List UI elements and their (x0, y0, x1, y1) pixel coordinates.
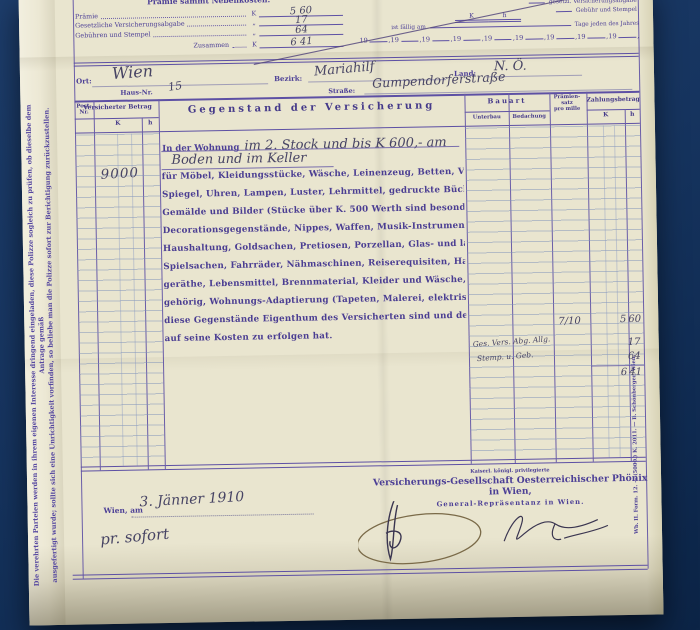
header-bedachung: Bedachung (509, 113, 550, 120)
insured-sum: 9000 (100, 165, 139, 183)
hausnr-value: 15 (167, 79, 183, 94)
header-unterbau: Unterbau (465, 114, 509, 121)
amount2-h: 17 (628, 337, 642, 348)
amount1-k: 5 (608, 314, 626, 325)
place-prefix: Wien, am (103, 505, 143, 515)
policy-document: Die verehrten Parteien werden in ihrem e… (19, 0, 664, 625)
description-paragraph: für Möbel, Kleidungsstücke, Wäsche, Lein… (162, 167, 467, 352)
header-betrag: Versicherter Betrag (76, 103, 158, 111)
header-zahlung-k: K (587, 111, 625, 119)
signature-left (385, 497, 401, 559)
photo-background: Die verehrten Parteien werden in ihrem e… (0, 0, 700, 630)
signature-area (357, 497, 650, 580)
location-handwriting-2: Boden und im Keller (171, 151, 306, 168)
company-name: Versicherungs-Gesellschaft Oesterreichis… (367, 473, 653, 500)
premium-rate: 7/10 (558, 316, 581, 327)
total-k: 6 (611, 367, 627, 378)
signature-right (504, 515, 608, 541)
header-praemie-line3: pro mille (548, 106, 587, 113)
bezirk-label: Bezirk: (274, 74, 302, 83)
strasse-label: Straße: (328, 87, 355, 95)
oval-flourish (357, 507, 483, 570)
header-betrag-k: K (94, 119, 142, 127)
header-zahlung-h: h (625, 111, 640, 118)
header-bauart: Bauart (464, 95, 549, 105)
ort-value: Wien (111, 61, 153, 83)
amount3-h: 64 (628, 351, 642, 362)
header-betrag-h: h (142, 119, 159, 126)
hausnr-label: Haus-Nr. (120, 88, 153, 97)
header-praemiensatz: Prämien- satz pro mille (547, 94, 586, 113)
header-zahlungsbetrag: Zahlungsbetrag (586, 96, 639, 104)
ort-label: Ort: (76, 76, 92, 85)
amount1-h: 60 (628, 314, 642, 325)
total-h: 41 (629, 367, 643, 378)
